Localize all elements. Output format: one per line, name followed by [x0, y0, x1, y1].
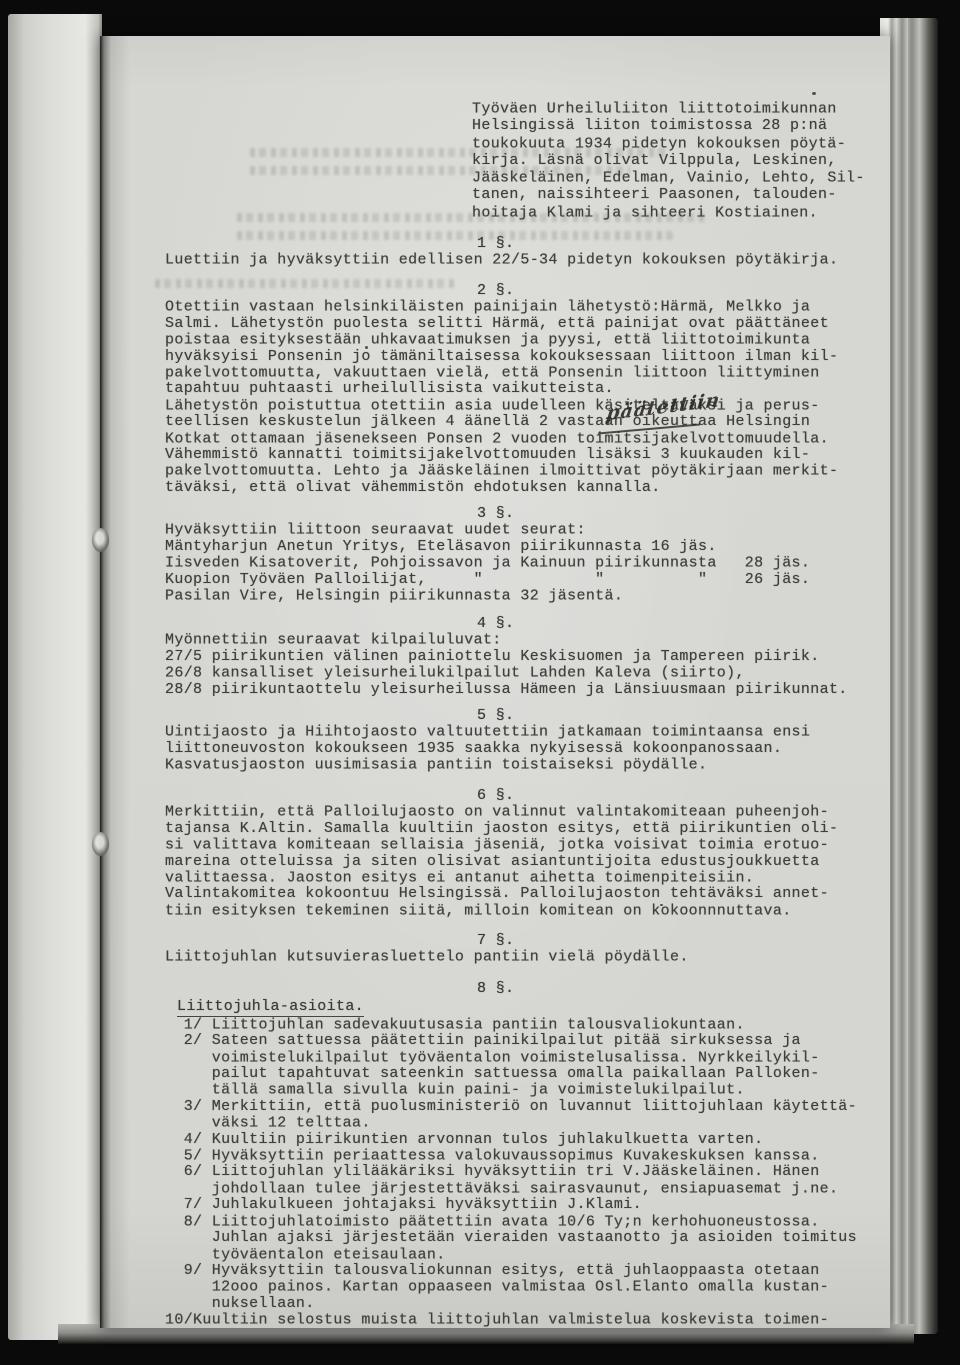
- text-line: pakelvottomuutta, vakuuttaen vielä, että…: [165, 365, 887, 381]
- text-line: Otettiin vastaan helsinkiläisten painija…: [165, 300, 887, 316]
- binder-hole-mark: [92, 528, 109, 552]
- adjacent-page-edge: [8, 14, 102, 1340]
- text-line: työväentalon eteisaulaan.: [165, 1247, 887, 1263]
- text-line: 10/Kuultiin selostus muista liittojuhlan…: [165, 1312, 887, 1328]
- text-line: 1/ Liittojuhlan sadevakuutusasia pantiin…: [165, 1017, 887, 1033]
- text-line: johdollaan tulee järjestettäväksi sairas…: [165, 1181, 887, 1197]
- text-line: 8/ Liittojuhlatoimisto päätettiin avata …: [165, 1214, 887, 1230]
- text-line: 5/ Hyväksyttiin periaattessa valokuvauss…: [165, 1148, 887, 1164]
- text-line: 9/ Hyväksyttiin talousvaliokunnan esitys…: [165, 1263, 887, 1279]
- section-body: 1/ Liittojuhlan sadevakuutusasia pantiin…: [165, 1017, 887, 1329]
- section-8: 8 §. Liittojuhla-asioita. 1/ Liittojuhla…: [165, 981, 887, 1329]
- section-7: 7 §. Liittojuhlan kutsuvierasluettelo pa…: [165, 933, 887, 966]
- section-marker: 4 §.: [477, 616, 887, 632]
- text-line: 12ooo painos. Kartan oppaaseen valmistaa…: [165, 1280, 887, 1296]
- text-line: Pasilan Vire, Helsingin piirikunnasta 32…: [165, 588, 887, 604]
- section-6: 6 §. Merkittiin, että Palloilujaosto on …: [165, 788, 887, 919]
- text-line: tapahtuu puhtaasti urheilullisista vaiku…: [165, 381, 887, 397]
- text-line: valittaessa. Jaoston esitys ei antanut a…: [165, 870, 887, 886]
- text-line: Vähemmistö kannatti toimitsijakelvottomu…: [165, 447, 887, 463]
- section-body: Luettiin ja hyväksyttiin edellisen 22/5-…: [165, 252, 887, 268]
- binder-hole-mark: [92, 832, 109, 856]
- text-line: Merkittiin, että Palloilujaosto on valin…: [165, 805, 887, 821]
- section-marker: 7 §.: [477, 933, 887, 949]
- text-line: tällä samalla sivulla kuin paini- ja voi…: [165, 1083, 887, 1099]
- text-line: Lähetystön poistuttua otettiin asia uude…: [165, 398, 887, 414]
- text-line: tajansa K.Altin. Samalla kuultiin jaosto…: [165, 821, 887, 837]
- text-line: poistaa esityksestään uhkavaatimuksen ja…: [165, 333, 887, 349]
- text-line: 26/8 kansalliset yleisurheilukilpailut L…: [165, 666, 887, 682]
- section-marker: 5 §.: [477, 708, 887, 724]
- book-scan: Työväen Urheiluliiton liittotoimikunnanH…: [0, 0, 960, 1365]
- text-line: Hyväksyttiin liittoon seuraavat uudet se…: [165, 523, 887, 539]
- section-marker: 3 §.: [477, 506, 887, 522]
- section-body: Otettiin vastaan helsinkiläisten painija…: [165, 299, 887, 496]
- text-line: Jääskeläinen, Edelman, Vainio, Lehto, Si…: [472, 169, 865, 186]
- section-1: 1 §. Luettiin ja hyväksyttiin edellisen …: [165, 236, 887, 269]
- text-line: Myönnettiin seuraavat kilpailuluvat:: [165, 633, 887, 649]
- section-body: Merkittiin, että Palloilujaosto on valin…: [165, 804, 887, 919]
- section-8-heading: Liittojuhla-asioita.: [177, 999, 364, 1016]
- text-line: 27/5 piirikuntien välinen painiottelu Ke…: [165, 649, 887, 665]
- text-line: väksi 12 telttaa.: [165, 1116, 887, 1132]
- document-header: Työväen Urheiluliiton liittotoimikunnanH…: [472, 100, 865, 221]
- text-line: Liittojuhlan kutsuvierasluettelo pantiin…: [165, 950, 887, 966]
- text-line: 3/ Merkittiin, että puolusministeriö on …: [165, 1099, 887, 1115]
- section-body: Liittojuhlan kutsuvierasluettelo pantiin…: [165, 949, 887, 965]
- section-body: Myönnettiin seuraavat kilpailuluvat:27/5…: [165, 632, 887, 698]
- text-line: nuksellaan.: [165, 1296, 887, 1312]
- text-line: si valittava komiteaan sellaisia jäseniä…: [165, 838, 887, 854]
- text-line: hoitaja Klami ja sihteeri Kostiainen.: [472, 204, 865, 221]
- text-line: Luettiin ja hyväksyttiin edellisen 22/5-…: [165, 253, 887, 269]
- text-line: hyväksyisi Ponsenin jo tämäniltaisessa k…: [165, 349, 887, 365]
- text-line: liittoneuvoston kokoukseen 1935 saakka n…: [165, 741, 887, 757]
- text-line: 6/ Liittojuhlan ylilääkäriksi hyväksytti…: [165, 1164, 887, 1180]
- section-marker: 1 §.: [477, 236, 887, 252]
- text-line: pailut tapahtuvat sateenkin sattuessa om…: [165, 1066, 887, 1082]
- text-line: Valintakomitea kokoontuu Helsingissä. Pa…: [165, 886, 887, 902]
- text-line: Juhlan ajaksi järjestetään vieraiden vas…: [165, 1230, 887, 1246]
- text-line: voimistelukilpailut työväentalon voimist…: [165, 1050, 887, 1066]
- section-5: 5 §. Uintijaosto ja Hiihtojaosto valtuut…: [165, 708, 887, 774]
- section-3: 3 §. Hyväksyttiin liittoon seuraavat uud…: [165, 506, 887, 604]
- text-line: teellisen keskustelun jälkeen 4 äänellä …: [165, 414, 887, 430]
- section-body: Uintijaosto ja Hiihtojaosto valtuutettii…: [165, 724, 887, 773]
- text-line: pakelvottomuutta. Lehto ja Jääskeläinen …: [165, 464, 887, 480]
- text-line: Salmi. Lähetystön puolesta selitti Härmä…: [165, 316, 887, 332]
- text-line: 4/ Kuultiin piirikuntien arvonnan tulos …: [165, 1132, 887, 1148]
- section-body: Hyväksyttiin liittoon seuraavat uudet se…: [165, 522, 887, 604]
- section-marker: 8 §.: [477, 981, 887, 997]
- document-page: Työväen Urheiluliiton liittotoimikunnanH…: [100, 36, 890, 1328]
- text-line: 7/ Juhlakulkueen johtajaksi hyväksyttiin…: [165, 1197, 887, 1213]
- text-line: 2/ Sateen sattuessa päätettiin painikilp…: [165, 1033, 887, 1049]
- text-line: toukokuuta 1934 pidetyn kokouksen pöytä-: [472, 135, 865, 152]
- text-line: Kotkat ottamaan jäsenekseen Ponsen 2 vuo…: [165, 431, 887, 447]
- text-line: 28/8 piirikuntaottelu yleisurheilussa Hä…: [165, 682, 887, 698]
- text-line: tiin esityksen tekeminen siitä, milloin …: [165, 903, 887, 919]
- text-line: Työväen Urheiluliiton liittotoimikunnan: [472, 100, 865, 117]
- text-line: Iisveden Kisatoverit, Pohjoissavon ja Ka…: [165, 556, 887, 572]
- text-line: täväksi, että olivat vähemmistön ehdotuk…: [165, 480, 887, 496]
- text-line: tanen, naissihteeri Paasonen, talouden-: [472, 186, 865, 203]
- scan-speck: [812, 92, 816, 95]
- text-line: kirja. Läsnä olivat Vilppula, Leskinen,: [472, 152, 865, 169]
- text-line: Kasvatusjaoston uusimisasia pantiin tois…: [165, 758, 887, 774]
- text-line: Uintijaosto ja Hiihtojaosto valtuutettii…: [165, 725, 887, 741]
- section-marker: 6 §.: [477, 788, 887, 804]
- section-4: 4 §. Myönnettiin seuraavat kilpailuluvat…: [165, 616, 887, 698]
- section-marker: 2 §.: [477, 283, 887, 299]
- section-2: 2 §. Otettiin vastaan helsinkiläisten pa…: [165, 283, 887, 496]
- text-line: Mäntyharjun Anetun Yritys, Eteläsavon pi…: [165, 539, 887, 555]
- text-line: Kuopion Työväen Palloilijat, " " " 26 jä…: [165, 572, 887, 588]
- text-line: Helsingissä liiton toimistossa 28 p:nä: [472, 117, 865, 134]
- text-line: mareina otteluissa ja siten olisivat asi…: [165, 854, 887, 870]
